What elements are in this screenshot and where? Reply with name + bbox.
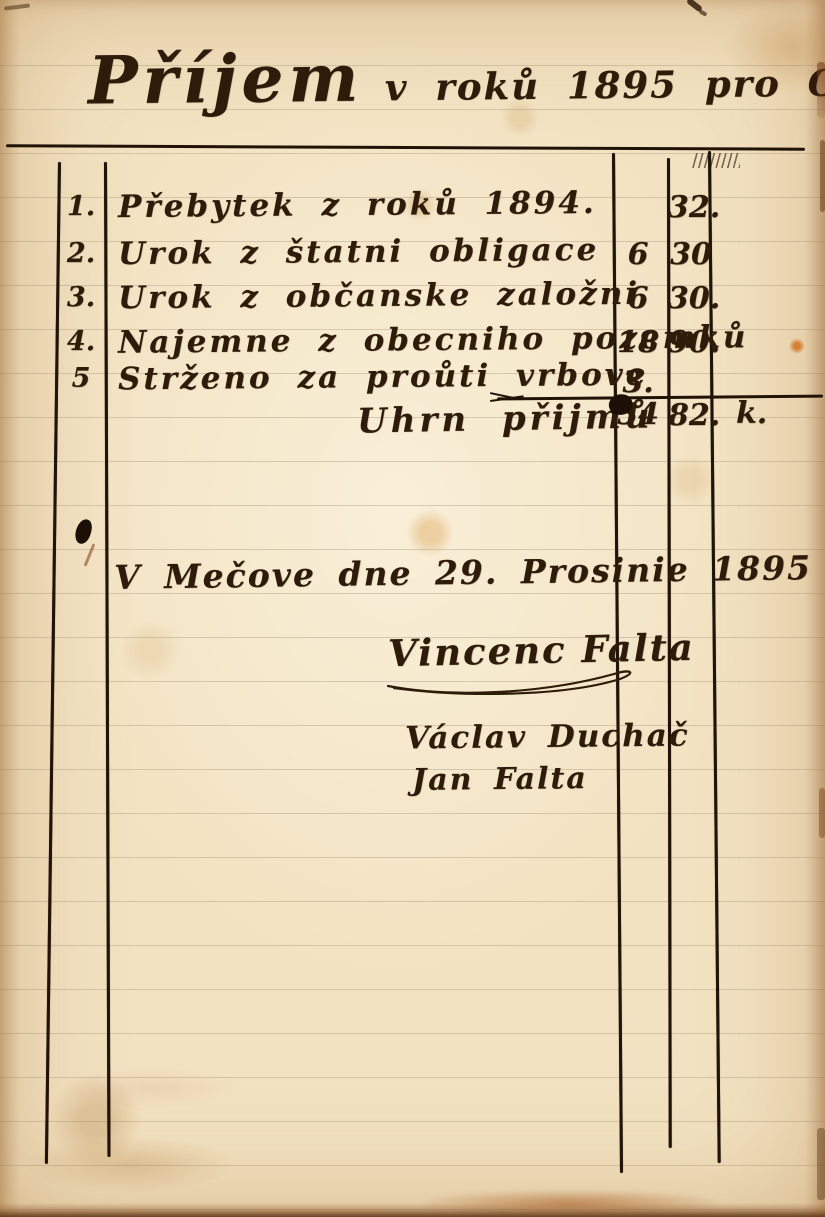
scan-mark-right-edge-1 — [817, 62, 825, 118]
row-number: 4. — [58, 328, 104, 355]
row-description: Urok z štatni obligace — [118, 235, 600, 270]
row-number: 5 — [58, 365, 104, 392]
row-description: Urok z občanske založni — [118, 279, 640, 315]
dateline: V Mečove dne 29. Prosinie 1895 — [114, 551, 812, 594]
row-description: Přebytek z roků 1894. — [118, 188, 597, 223]
signature-flourish — [382, 664, 644, 704]
row-description: Strženo za proůti vrbove — [118, 360, 649, 396]
total-currency-note: k. — [736, 399, 767, 429]
scan-bottom-edge — [0, 1203, 825, 1217]
row-number: 2. — [58, 240, 104, 267]
row-number: 3. — [58, 284, 104, 311]
row-amount-zl: 6 — [611, 284, 665, 314]
row-amount-kr: 30. — [668, 284, 714, 314]
total-amount-kr: 82. — [668, 401, 714, 431]
scan-mark-right-edge-2 — [820, 140, 825, 212]
signature-vaclav-duchac: Václav Duchač — [405, 721, 690, 755]
ledger-page: Příjem v roků 1895 pro Obec Mečov 1. Pře… — [0, 0, 825, 1217]
signature-jan-falta: Jan Falta — [412, 764, 588, 796]
title-word-prijem: Příjem — [88, 39, 364, 120]
page-title: Příjem v roků 1895 pro Obec Mečov — [88, 37, 825, 114]
row-amount-zl: 6 — [611, 240, 665, 270]
row-amount-zl: 18 — [611, 328, 665, 358]
ruled-paper-lines — [0, 0, 825, 1217]
row-amount-kr: 32. — [668, 193, 714, 223]
row-number: 1. — [58, 193, 104, 220]
scan-mark-right-edge-4 — [817, 1128, 825, 1200]
row-amount-kr: 30 — [668, 240, 714, 270]
row-amount-kr: 90. — [668, 328, 714, 358]
pen-hatching-marks — [692, 153, 740, 168]
title-middle-text: v roků 1895 pro Obec — [385, 60, 825, 110]
scan-mark-right-edge-3 — [819, 788, 825, 838]
